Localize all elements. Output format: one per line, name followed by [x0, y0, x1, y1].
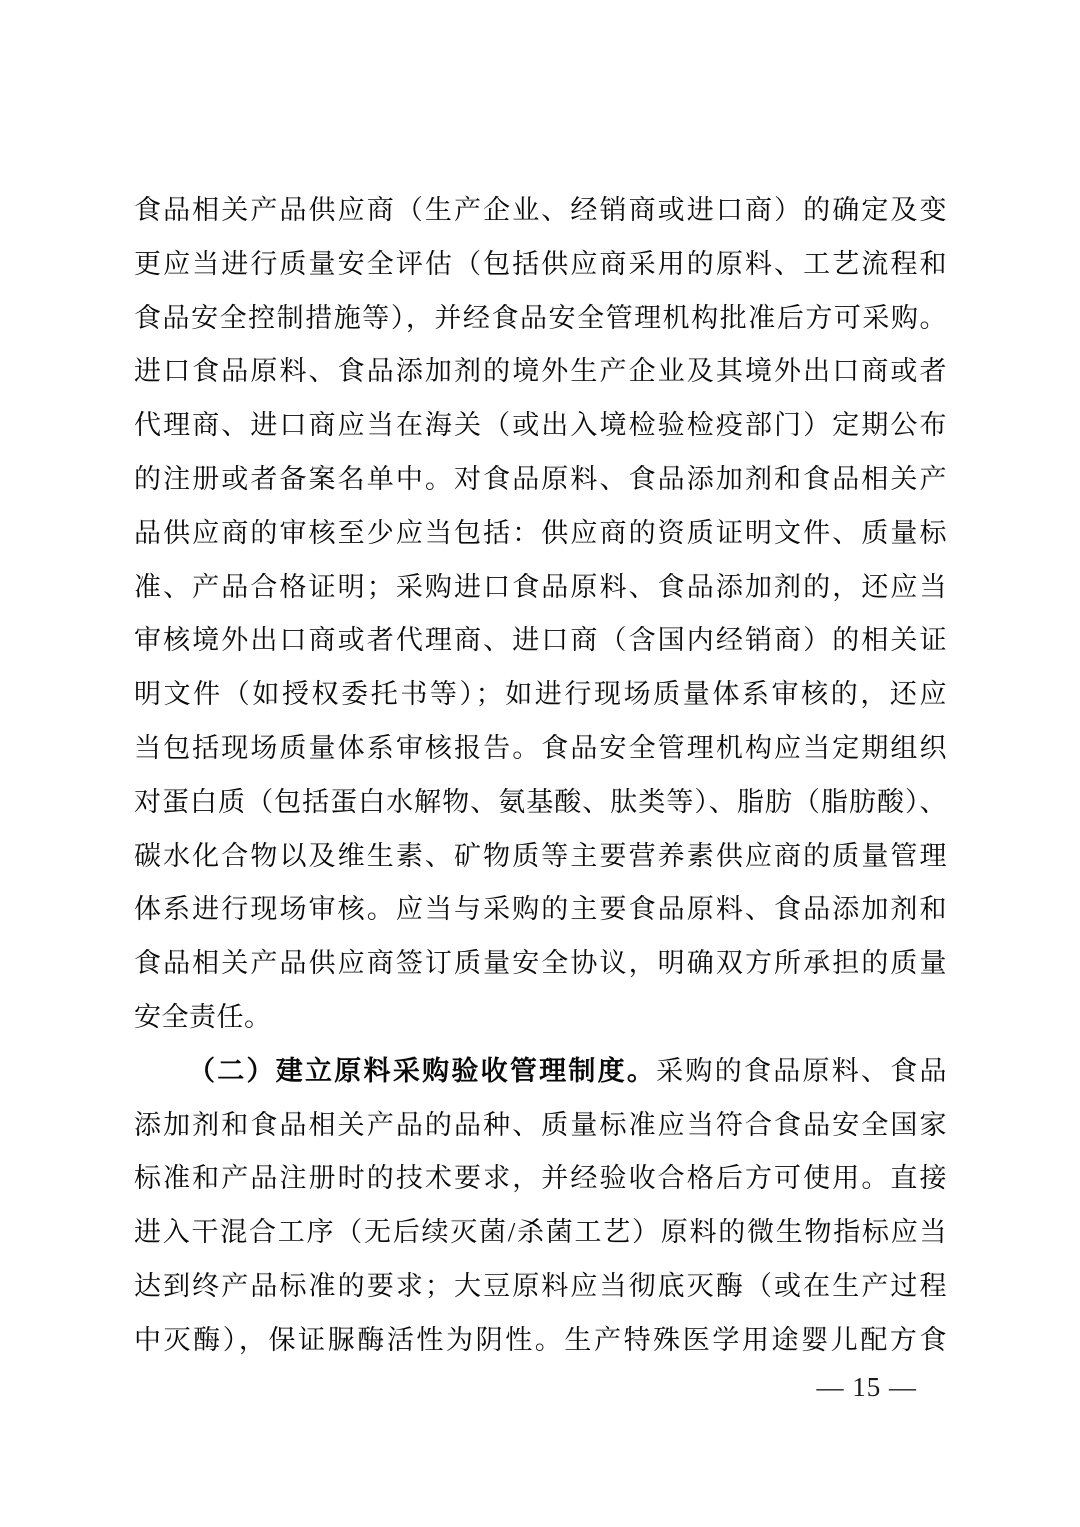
page-number: — 15 — [817, 1370, 918, 1404]
text-line: 对蛋白质（包括蛋白水解物、氨基酸、肽类等）、脂肪（脂肪酸）、 [134, 776, 947, 830]
text-line: 中灭酶），保证脲酶活性为阴性。生产特殊医学用途婴儿配方食 [134, 1314, 947, 1368]
text-line: 标准和产品注册时的技术要求，并经验收合格后方可使用。直接 [134, 1152, 947, 1206]
text-line: （二）建立原料采购验收管理制度。采购的食品原料、食品 [134, 1045, 947, 1099]
text-line: 的注册或者备案名单中。对食品原料、食品添加剂和食品相关产 [134, 453, 947, 507]
text-line: 更应当进行质量安全评估（包括供应商采用的原料、工艺流程和 [134, 238, 947, 292]
text-line: 安全责任。 [134, 991, 947, 1045]
text-line: 进入干混合工序（无后续灭菌/杀菌工艺）原料的微生物指标应当 [134, 1206, 947, 1260]
section-heading: （二）建立原料采购验收管理制度。 [188, 1056, 656, 1086]
text-line: 品供应商的审核至少应当包括：供应商的资质证明文件、质量标 [134, 507, 947, 561]
text-line: 食品安全控制措施等），并经食品安全管理机构批准后方可采购。 [134, 292, 947, 346]
text-line: 明文件（如授权委托书等）；如进行现场质量体系审核的，还应 [134, 668, 947, 722]
document-page: { "document": { "paragraph_1": { "lines"… [0, 0, 1080, 1527]
text-line: 准、产品合格证明；采购进口食品原料、食品添加剂的，还应当 [134, 561, 947, 615]
text-line: 食品相关产品供应商签订质量安全协议，明确双方所承担的质量 [134, 937, 947, 991]
document-body: 食品相关产品供应商（生产企业、经销商或进口商）的确定及变 更应当进行质量安全评估… [134, 184, 947, 1368]
text-line: 添加剂和食品相关产品的品种、质量标准应当符合食品安全国家 [134, 1099, 947, 1153]
text-line: 达到终产品标准的要求；大豆原料应当彻底灭酶（或在生产过程 [134, 1260, 947, 1314]
text-line: 审核境外出口商或者代理商、进口商（含国内经销商）的相关证 [134, 614, 947, 668]
text-line: 代理商、进口商应当在海关（或出入境检验检疫部门）定期公布 [134, 399, 947, 453]
text-segment: 采购的食品原料、食品 [656, 1056, 947, 1086]
text-line: 体系进行现场审核。应当与采购的主要食品原料、食品添加剂和 [134, 883, 947, 937]
text-line: 食品相关产品供应商（生产企业、经销商或进口商）的确定及变 [134, 184, 947, 238]
text-line: 当包括现场质量体系审核报告。食品安全管理机构应当定期组织 [134, 722, 947, 776]
text-line: 碳水化合物以及维生素、矿物质等主要营养素供应商的质量管理 [134, 830, 947, 884]
text-line: 进口食品原料、食品添加剂的境外生产企业及其境外出口商或者 [134, 345, 947, 399]
